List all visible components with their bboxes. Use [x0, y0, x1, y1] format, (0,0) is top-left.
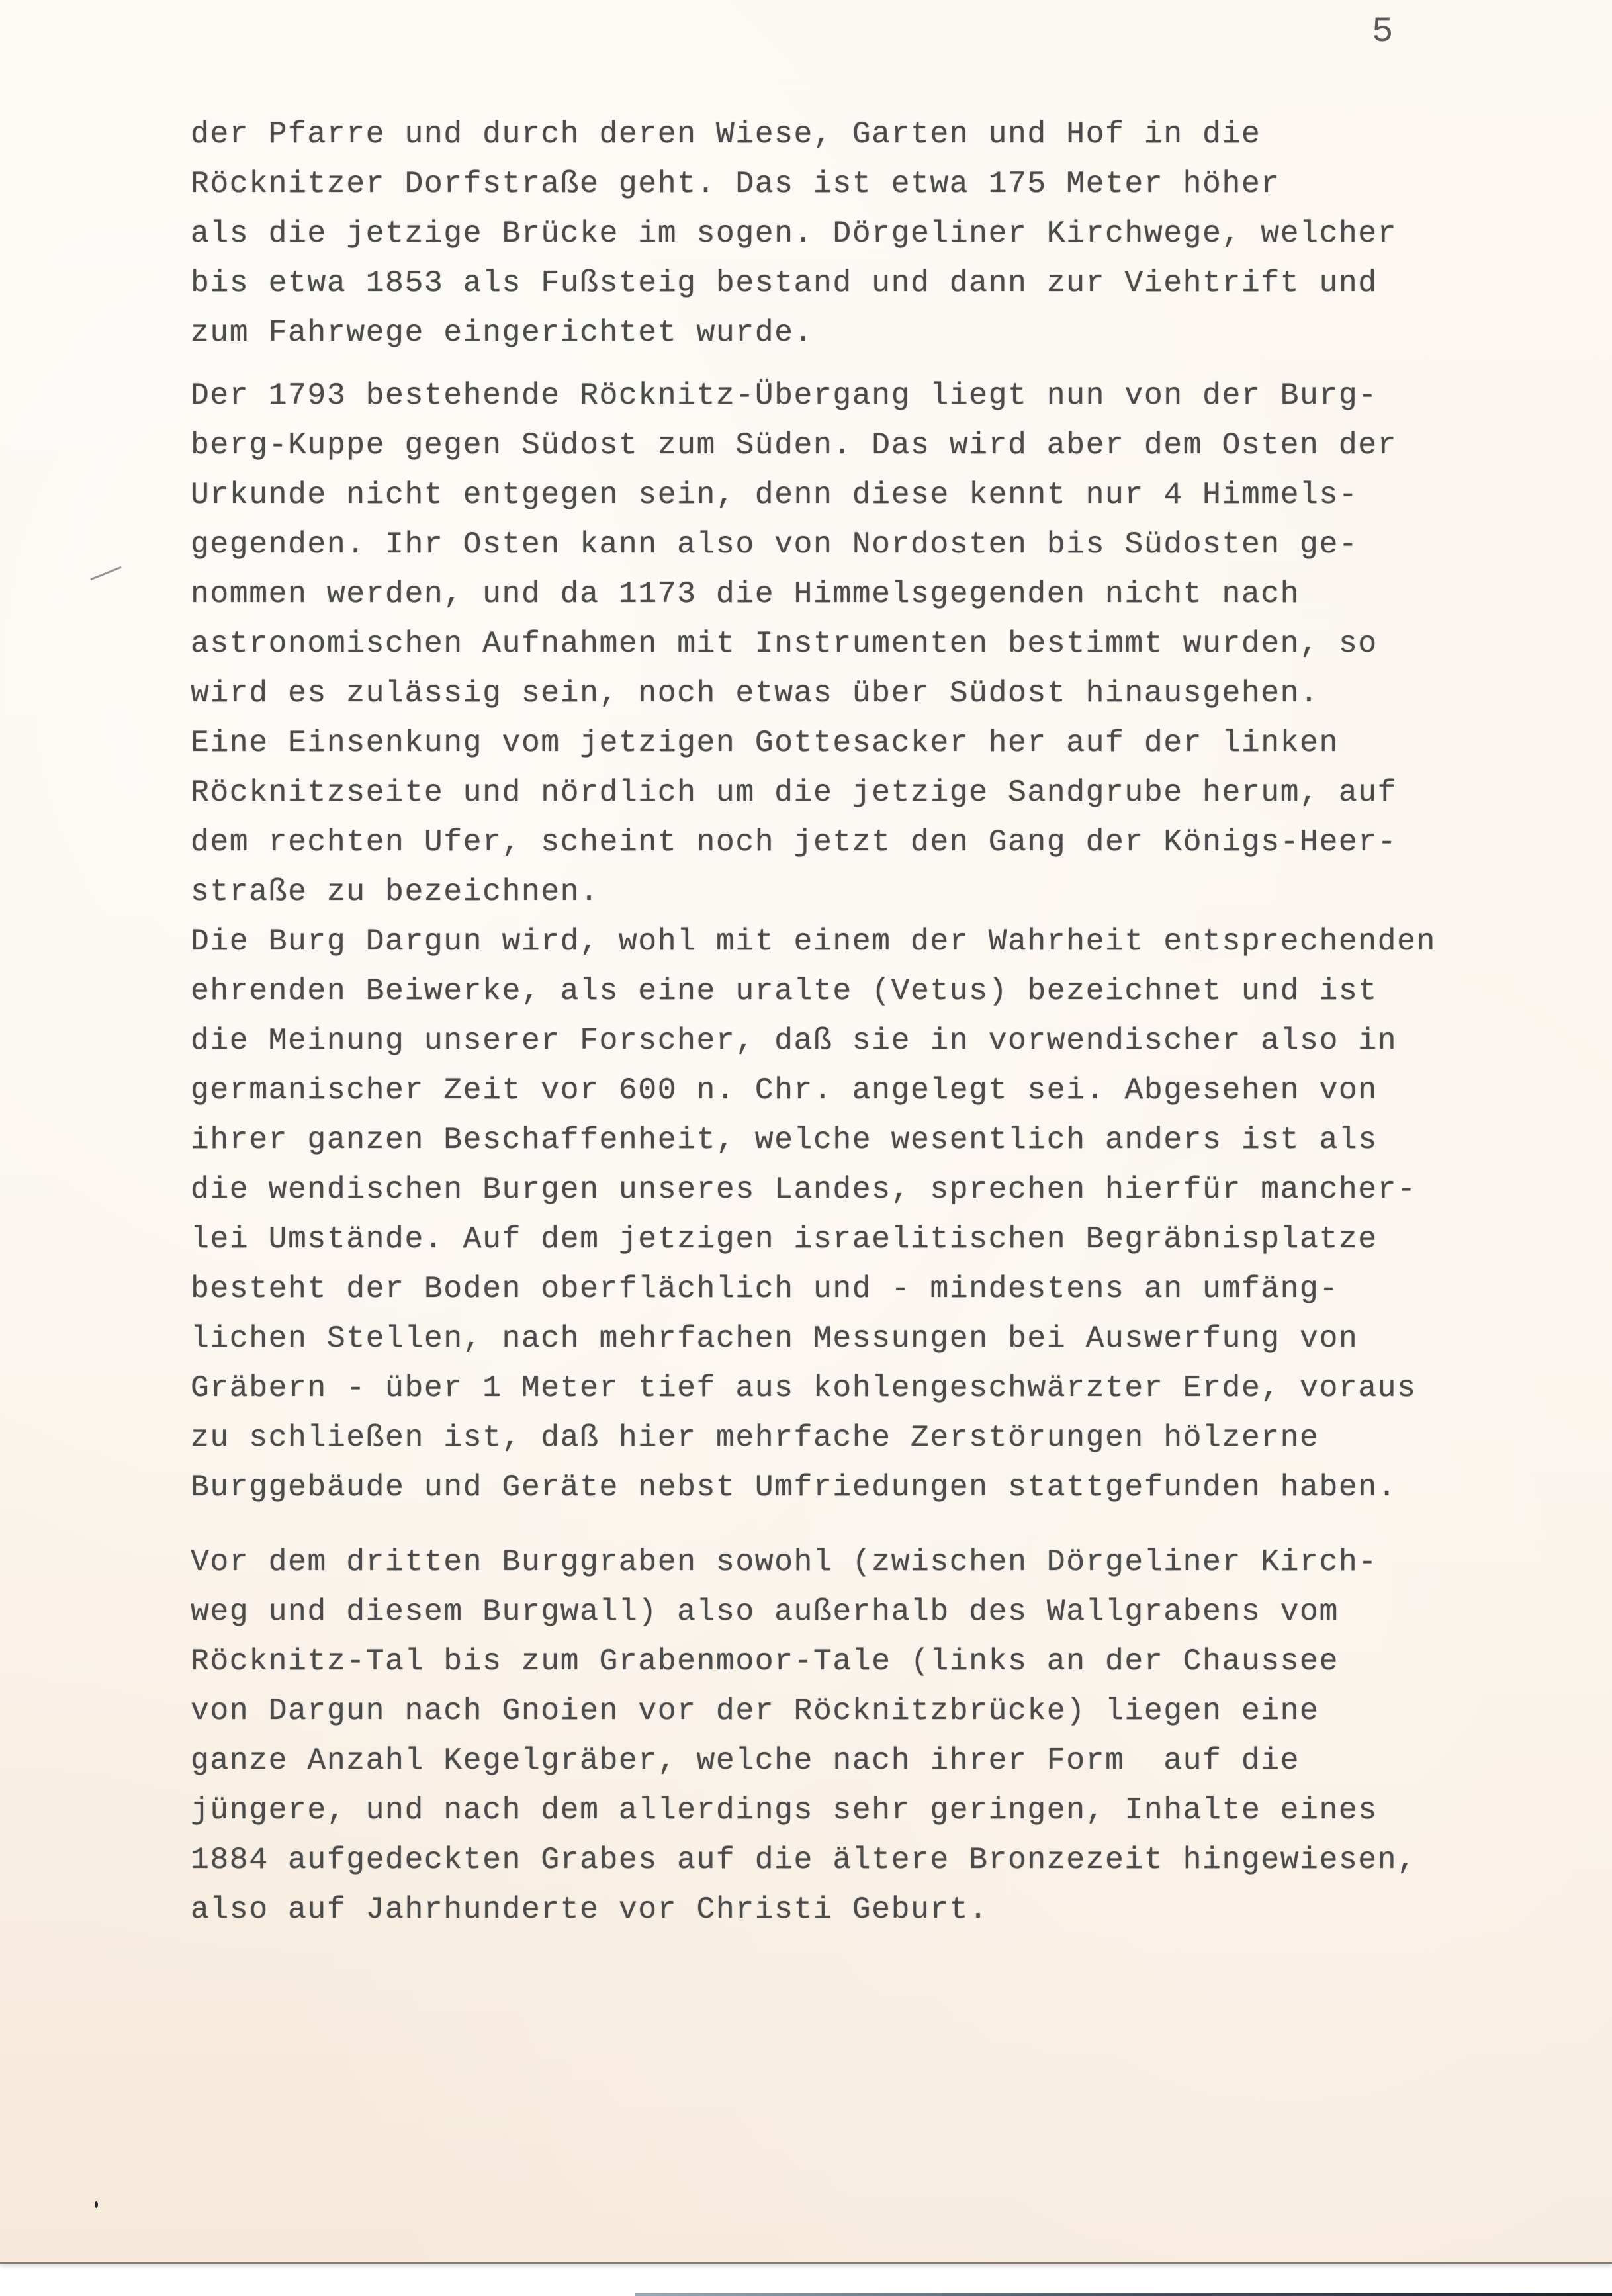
- text-line: Burggebäude und Geräte nebst Umfriedunge…: [191, 1462, 1580, 1512]
- text-line: also auf Jahrhunderte vor Christi Geburt…: [191, 1884, 1580, 1934]
- text-line: Röcknitzseite und nördlich um die jetzig…: [191, 768, 1580, 817]
- text-line: berg-Kuppe gegen Südost zum Süden. Das w…: [191, 420, 1580, 470]
- text-line: zum Fahrwege eingerichtet wurde.: [191, 308, 1580, 357]
- ink-dot-mark: [95, 2201, 98, 2208]
- paragraph-1: der Pfarre und durch deren Wiese, Garten…: [191, 109, 1580, 357]
- text-line: Die Burg Dargun wird, wohl mit einem der…: [191, 916, 1580, 966]
- text-line: Röcknitz-Tal bis zum Grabenmoor-Tale (li…: [191, 1636, 1580, 1686]
- text-line: bis etwa 1853 als Fußsteig bestand und d…: [191, 258, 1580, 308]
- text-line: ganze Anzahl Kegelgräber, welche nach ih…: [191, 1736, 1580, 1785]
- text-line: germanischer Zeit vor 600 n. Chr. angele…: [191, 1065, 1580, 1115]
- text-line: lei Umstände. Auf dem jetzigen israeliti…: [191, 1214, 1580, 1264]
- text-line: weg und diesem Burgwall) also außerhalb …: [191, 1587, 1580, 1636]
- text-line: Eine Einsenkung vom jetzigen Gottesacker…: [191, 718, 1580, 768]
- text-line: die wendischen Burgen unseres Landes, sp…: [191, 1165, 1580, 1214]
- text-line: 1884 aufgedeckten Grabes auf die ältere …: [191, 1835, 1580, 1884]
- text-line: besteht der Boden oberflächlich und - mi…: [191, 1264, 1580, 1313]
- text-line: die Meinung unserer Forscher, daß sie in…: [191, 1016, 1580, 1065]
- text-line: von Dargun nach Gnoien vor der Röcknitzb…: [191, 1686, 1580, 1736]
- text-line: astronomischen Aufnahmen mit Instrumente…: [191, 619, 1580, 668]
- text-line: ihrer ganzen Beschaffenheit, welche wese…: [191, 1115, 1580, 1165]
- page-number: 5: [1372, 12, 1393, 52]
- text-line: jüngere, und nach dem allerdings sehr ge…: [191, 1785, 1580, 1835]
- paragraph-2: Der 1793 bestehende Röcknitz-Übergang li…: [191, 371, 1580, 916]
- text-line: nommen werden, und da 1173 die Himmelsge…: [191, 569, 1580, 619]
- text-line: ehrenden Beiwerke, als eine uralte (Vetu…: [191, 966, 1580, 1016]
- scan-edge-bar: [635, 2293, 1612, 2296]
- text-line: lichen Stellen, nach mehrfachen Messunge…: [191, 1313, 1580, 1363]
- text-line: gegenden. Ihr Osten kann also von Nordos…: [191, 519, 1580, 569]
- text-line: dem rechten Ufer, scheint noch jetzt den…: [191, 817, 1580, 867]
- text-line: Der 1793 bestehende Röcknitz-Übergang li…: [191, 371, 1580, 420]
- text-line: der Pfarre und durch deren Wiese, Garten…: [191, 109, 1580, 159]
- text-line: zu schließen ist, daß hier mehrfache Zer…: [191, 1413, 1580, 1462]
- text-line: straße zu bezeichnen.: [191, 867, 1580, 916]
- typewritten-page: 5 der Pfarre und durch deren Wiese, Gart…: [0, 0, 1612, 2264]
- text-line: Röcknitzer Dorfstraße geht. Das ist etwa…: [191, 159, 1580, 208]
- paragraph-3: Die Burg Dargun wird, wohl mit einem der…: [191, 916, 1580, 1512]
- paragraph-4: Vor dem dritten Burggraben sowohl (zwisc…: [191, 1537, 1580, 1934]
- text-line: wird es zulässig sein, noch etwas über S…: [191, 668, 1580, 718]
- text-line: Vor dem dritten Burggraben sowohl (zwisc…: [191, 1537, 1580, 1587]
- text-line: als die jetzige Brücke im sogen. Dörgeli…: [191, 208, 1580, 258]
- text-line: Gräbern - über 1 Meter tief aus kohlenge…: [191, 1363, 1580, 1413]
- body-text: der Pfarre und durch deren Wiese, Garten…: [191, 109, 1580, 1934]
- margin-pencil-mark: [90, 566, 121, 581]
- text-line: Urkunde nicht entgegen sein, denn diese …: [191, 470, 1580, 519]
